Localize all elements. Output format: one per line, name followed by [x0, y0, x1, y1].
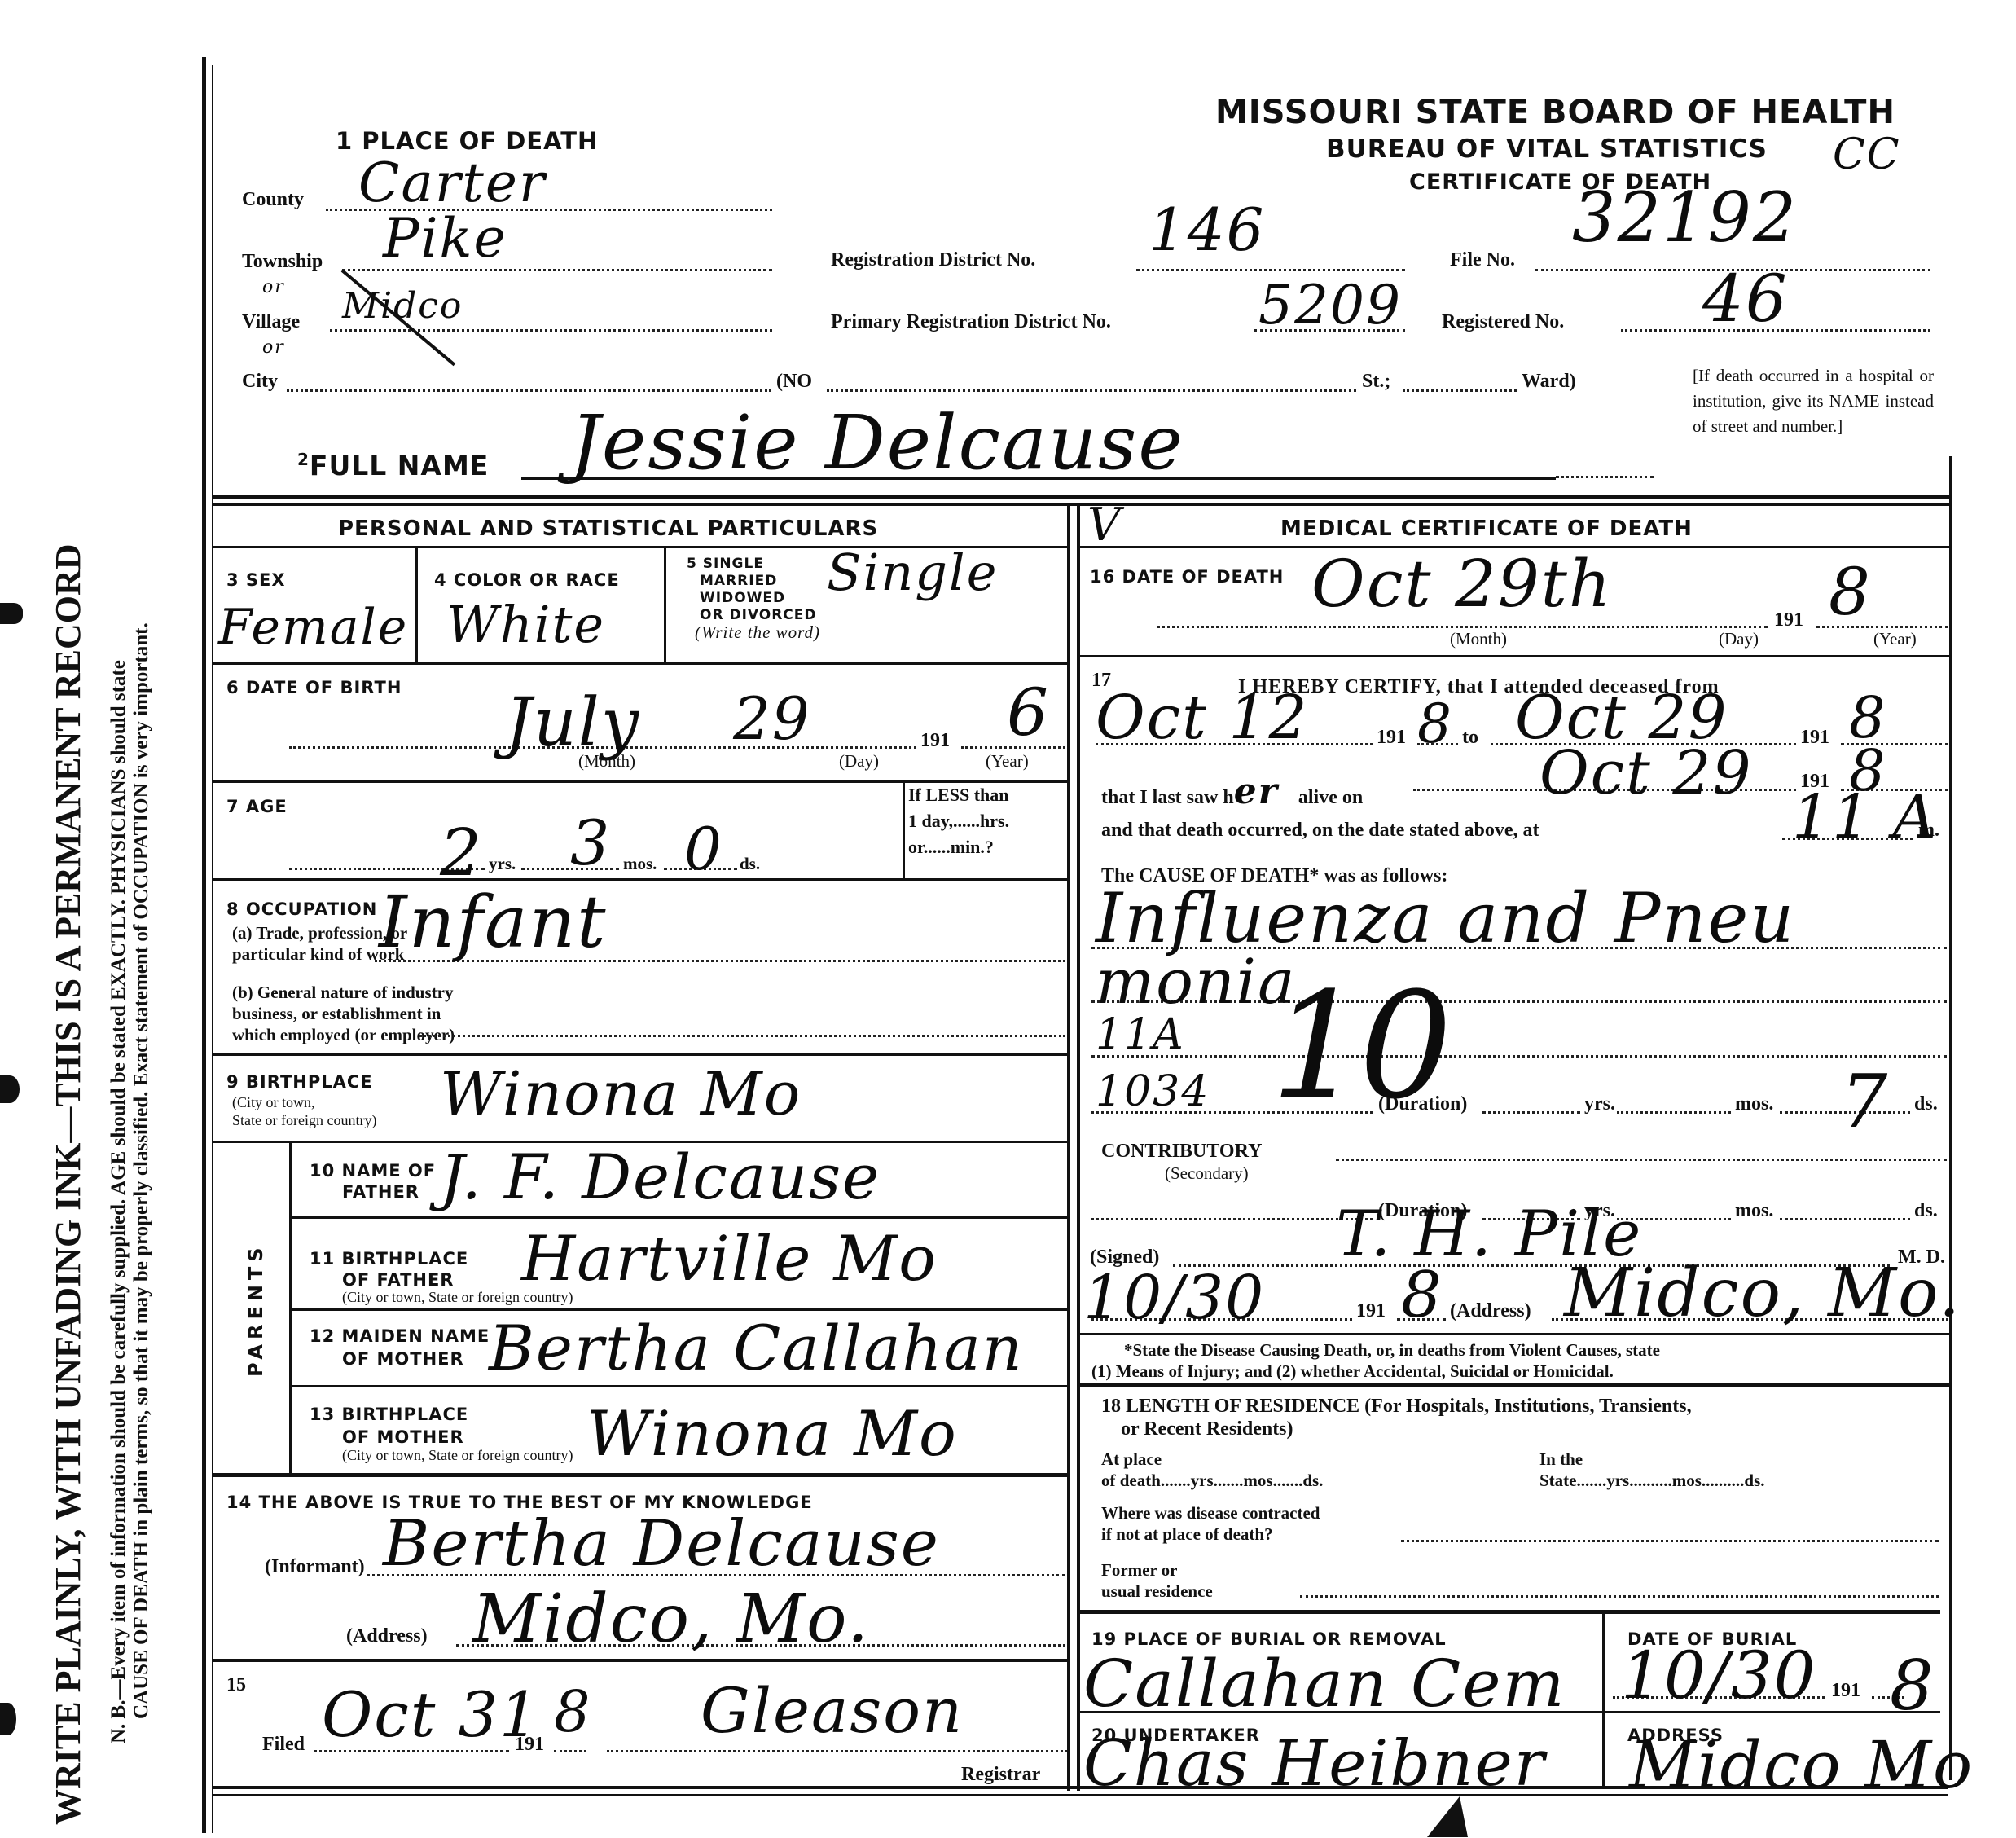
duration-ds-label: ds. — [1914, 1093, 1938, 1115]
medical-section-title: MEDICAL CERTIFICATE OF DEATH — [1280, 517, 1693, 541]
less-than-label-1: If LESS than — [908, 782, 1009, 808]
race-value: White — [446, 595, 605, 654]
nb-note-line-2: CAUSE OF DEATH in plain terms, so that i… — [130, 622, 153, 1719]
full-name-label-text: FULL NAME — [310, 450, 489, 481]
burial-year-prefix: 191 — [1831, 1680, 1860, 1702]
mother-name-value: Bertha Callahan — [489, 1312, 1024, 1384]
registered-no-value: 46 — [1702, 261, 1789, 336]
county-label: County — [242, 189, 304, 211]
burial-year-suffix: 8 — [1890, 1646, 1935, 1726]
marital-hint: (Write the word) — [687, 624, 820, 641]
registered-no-label: Registered No. — [1442, 311, 1564, 333]
dod-day-caption: (Day) — [1719, 629, 1759, 649]
parents-label: PARENTS — [244, 1242, 267, 1377]
birthplace-value: Winona Mo — [440, 1059, 802, 1129]
file-no-value: 32192 — [1572, 178, 1798, 257]
sex-value: Female — [218, 599, 408, 656]
cause-code-2: 1034 — [1096, 1067, 1210, 1116]
check-mark: V — [1087, 499, 1122, 552]
contributory-mos-label: mos. — [1735, 1200, 1773, 1222]
dod-year-suffix: 8 — [1829, 554, 1872, 630]
filed-number: 15 — [226, 1674, 246, 1696]
filed-date: Oct 31 — [322, 1678, 540, 1751]
former-residence-label-2: usual residence — [1101, 1581, 1213, 1602]
informant-value: Bertha Delcause — [383, 1507, 940, 1581]
less-than-label-3: or......min.? — [908, 834, 1009, 860]
alive-on-text: alive on — [1298, 787, 1363, 808]
signed-address-label: (Address) — [1450, 1300, 1531, 1322]
nb-note-line-1: N. B.—Every item of information should b… — [108, 660, 130, 1743]
informant-address-value: Midco, Mo. — [472, 1581, 870, 1658]
bureau-title: BUREAU OF VITAL STATISTICS — [1326, 134, 1768, 164]
birthplace-hint-2: State or foreign country) — [232, 1111, 376, 1129]
last-saw-pronoun: er — [1234, 771, 1279, 812]
primary-reg-value: 5209 — [1258, 274, 1402, 336]
or-separator: or — [262, 277, 285, 297]
attended-from-year-prefix: 191 — [1377, 727, 1406, 749]
age-days: 0 — [684, 815, 723, 883]
duration-mos-label: mos. — [1735, 1093, 1773, 1115]
reg-district-value: 146 — [1149, 196, 1265, 264]
at-place-label-1: At place — [1101, 1449, 1323, 1470]
column-divider-left — [1067, 503, 1070, 1791]
sex-label: 3 SEX — [226, 570, 286, 590]
mother-birthplace-value: Winona Mo — [586, 1397, 958, 1470]
marital-num: 5 — [687, 556, 697, 572]
full-name-value: Jessie Delcause — [570, 399, 1184, 486]
marital-option-single: SINGLE — [703, 556, 764, 572]
mother-birthplace-label-1: 13 BIRTHPLACE — [310, 1403, 468, 1426]
contributory-ds-label: ds. — [1914, 1200, 1938, 1222]
mother-name-label-2: OF MOTHER — [310, 1348, 490, 1370]
occupation-label: 8 OCCUPATION — [226, 899, 377, 919]
township-value: Pike — [383, 207, 507, 270]
ward-label: Ward) — [1522, 371, 1576, 393]
father-name-label-2: FATHER — [310, 1181, 436, 1203]
county-value: Carter — [358, 152, 547, 214]
marital-option-widowed: WIDOWED — [687, 590, 820, 607]
board-title: MISSOURI STATE BOARD OF HEALTH — [1215, 94, 1895, 131]
contributory-hint: (Secondary) — [1165, 1163, 1249, 1184]
or-separator: or — [262, 337, 285, 358]
informant-label: (Informant) — [265, 1556, 365, 1578]
last-saw-date: Oct 29 — [1539, 738, 1753, 808]
scan-artifact — [0, 1075, 20, 1103]
duration-label: (Duration) — [1378, 1093, 1467, 1115]
father-birthplace-label-2: OF FATHER — [310, 1269, 468, 1291]
last-saw-label: that I last saw heralive on — [1101, 771, 1363, 812]
birthplace-label: 9 BIRTHPLACE — [226, 1072, 373, 1092]
age-mos-caption: mos. — [623, 854, 657, 874]
signed-year-prefix: 191 — [1356, 1300, 1386, 1322]
contracted-label-1: Where was disease contracted — [1101, 1502, 1320, 1524]
undertaker-address-value: Midco Mo — [1629, 1727, 1974, 1803]
registrar-signature: Gleason — [701, 1674, 964, 1747]
to-label: to — [1462, 727, 1478, 749]
dod-value: Oct 29th — [1311, 546, 1612, 622]
permanent-record-notice: WRITE PLAINLY, WITH UNFADING INK—THIS IS… — [47, 543, 89, 1825]
dob-year-suffix: 6 — [1007, 675, 1050, 750]
dod-label: 16 DATE OF DEATH — [1090, 567, 1284, 587]
place-of-death-label: 1 PLACE OF DEATH — [336, 127, 598, 155]
mother-birthplace-hint: (City or town, State or foreign country) — [342, 1447, 573, 1464]
cause-code-1: 11A — [1096, 1010, 1185, 1059]
reg-district-label: Registration District No. — [831, 249, 1035, 271]
contributory-label: CONTRIBUTORY — [1101, 1141, 1262, 1163]
mother-name-label-1: 12 MAIDEN NAME — [310, 1325, 490, 1348]
birthplace-hint-1: (City or town, — [232, 1093, 376, 1111]
personal-section-title: PERSONAL AND STATISTICAL PARTICULARS — [338, 517, 878, 541]
dob-year-prefix: 191 — [920, 730, 950, 751]
filed-year-suffix: 8 — [554, 1678, 592, 1745]
file-no-label: File No. — [1450, 249, 1515, 271]
father-name-label-1: 10 NAME OF — [310, 1160, 436, 1181]
city-label: City — [242, 371, 278, 393]
street-label: St.; — [1362, 371, 1390, 393]
at-place-label-2: of death.......yrs.......mos.......ds. — [1101, 1470, 1323, 1491]
duration-yrs-label: yrs. — [1584, 1093, 1615, 1115]
scan-artifact — [0, 603, 23, 624]
signed-address-value: Midco, Mo. — [1564, 1255, 1961, 1332]
corner-mark: CC — [1833, 130, 1901, 179]
attended-to-year-prefix: 191 — [1800, 727, 1829, 749]
column-divider-right — [1077, 503, 1080, 1791]
contracted-label-2: if not at place of death? — [1101, 1524, 1320, 1545]
age-yrs-caption: yrs. — [489, 854, 516, 874]
marital-option-divorced: OR DIVORCED — [687, 607, 820, 624]
attended-from-date: Oct 12 — [1096, 683, 1309, 753]
dod-year-prefix: 191 — [1774, 609, 1803, 631]
attended-from-year-suffix: 8 — [1417, 693, 1453, 755]
footnote-line-2: (1) Means of Injury; and (2) whether Acc… — [1091, 1361, 1660, 1382]
dod-month-caption: (Month) — [1450, 629, 1507, 649]
death-time: 11 A — [1792, 782, 1938, 852]
burial-date-value: 10/30 — [1621, 1638, 1817, 1713]
informant-address-label: (Address) — [346, 1625, 428, 1647]
duration-days-value: 7 — [1841, 1059, 1889, 1145]
dob-month: July — [505, 684, 640, 762]
full-name-label: 2FULL NAME — [297, 450, 489, 481]
last-saw-text: that I last saw h — [1101, 787, 1234, 808]
race-label: 4 COLOR OR RACE — [434, 570, 620, 590]
registrar-label: Registrar — [961, 1764, 1040, 1786]
hospital-note: [If death occurred in a hospital or inst… — [1693, 363, 1934, 439]
year-caption: (Year) — [986, 751, 1029, 772]
in-state-label-1: In the — [1539, 1449, 1765, 1470]
full-name-number: 2 — [297, 450, 310, 469]
primary-reg-label: Primary Registration District No. — [831, 311, 1111, 333]
cause-line-2: monia — [1096, 945, 1296, 1018]
dod-year-caption: (Year) — [1873, 629, 1917, 649]
residence-title-2: or Recent Residents) — [1101, 1418, 1692, 1440]
death-occurred-label: and that death occurred, on the date sta… — [1101, 820, 1539, 842]
signed-year-suffix: 8 — [1401, 1259, 1443, 1332]
age-label: 7 AGE — [226, 797, 288, 816]
occupation-b-label-1: (b) General nature of industry — [232, 982, 455, 1003]
day-caption: (Day) — [839, 751, 879, 772]
marital-option-married: MARRIED — [687, 573, 820, 590]
street-number-label: (NO — [776, 371, 812, 393]
township-label: Township — [242, 251, 323, 273]
dob-day: 29 — [733, 684, 811, 753]
scan-artifact — [0, 1703, 16, 1735]
former-residence-label-1: Former or — [1101, 1559, 1213, 1581]
age-months: 3 — [570, 807, 611, 879]
mother-birthplace-label-2: OF MOTHER — [310, 1426, 468, 1449]
occupation-value: Infant — [379, 880, 608, 964]
father-name-value: J. F. Delcause — [440, 1141, 881, 1213]
occupation-b-label-2: business, or establishment in — [232, 1003, 455, 1024]
undertaker-value: Chas Heibner — [1083, 1727, 1546, 1801]
filed-label: Filed — [262, 1734, 305, 1756]
village-label: Village — [242, 311, 300, 333]
marital-value: Single — [827, 543, 998, 602]
frame-left-outer — [202, 57, 206, 1833]
father-birthplace-value: Hartville Mo — [521, 1222, 938, 1295]
scan-artifact — [1427, 1796, 1468, 1837]
age-ds-caption: ds. — [740, 854, 760, 874]
month-caption: (Month) — [578, 751, 635, 772]
footnote-line-1: *State the Disease Causing Death, or, in… — [1091, 1339, 1660, 1361]
signed-date: 10/30 — [1083, 1263, 1265, 1333]
less-than-label-2: 1 day,......hrs. — [908, 808, 1009, 834]
frame-left-inner — [212, 65, 213, 1833]
residence-title-1: 18 LENGTH OF RESIDENCE (For Hospitals, I… — [1101, 1395, 1692, 1418]
marital-status-options: 5 SINGLE MARRIED WIDOWED OR DIVORCED (Wr… — [687, 556, 820, 641]
in-state-label-2: State.......yrs..........mos..........ds… — [1539, 1470, 1765, 1491]
dob-label: 6 DATE OF BIRTH — [226, 678, 402, 697]
father-birthplace-label-1: 11 BIRTHPLACE — [310, 1248, 468, 1269]
